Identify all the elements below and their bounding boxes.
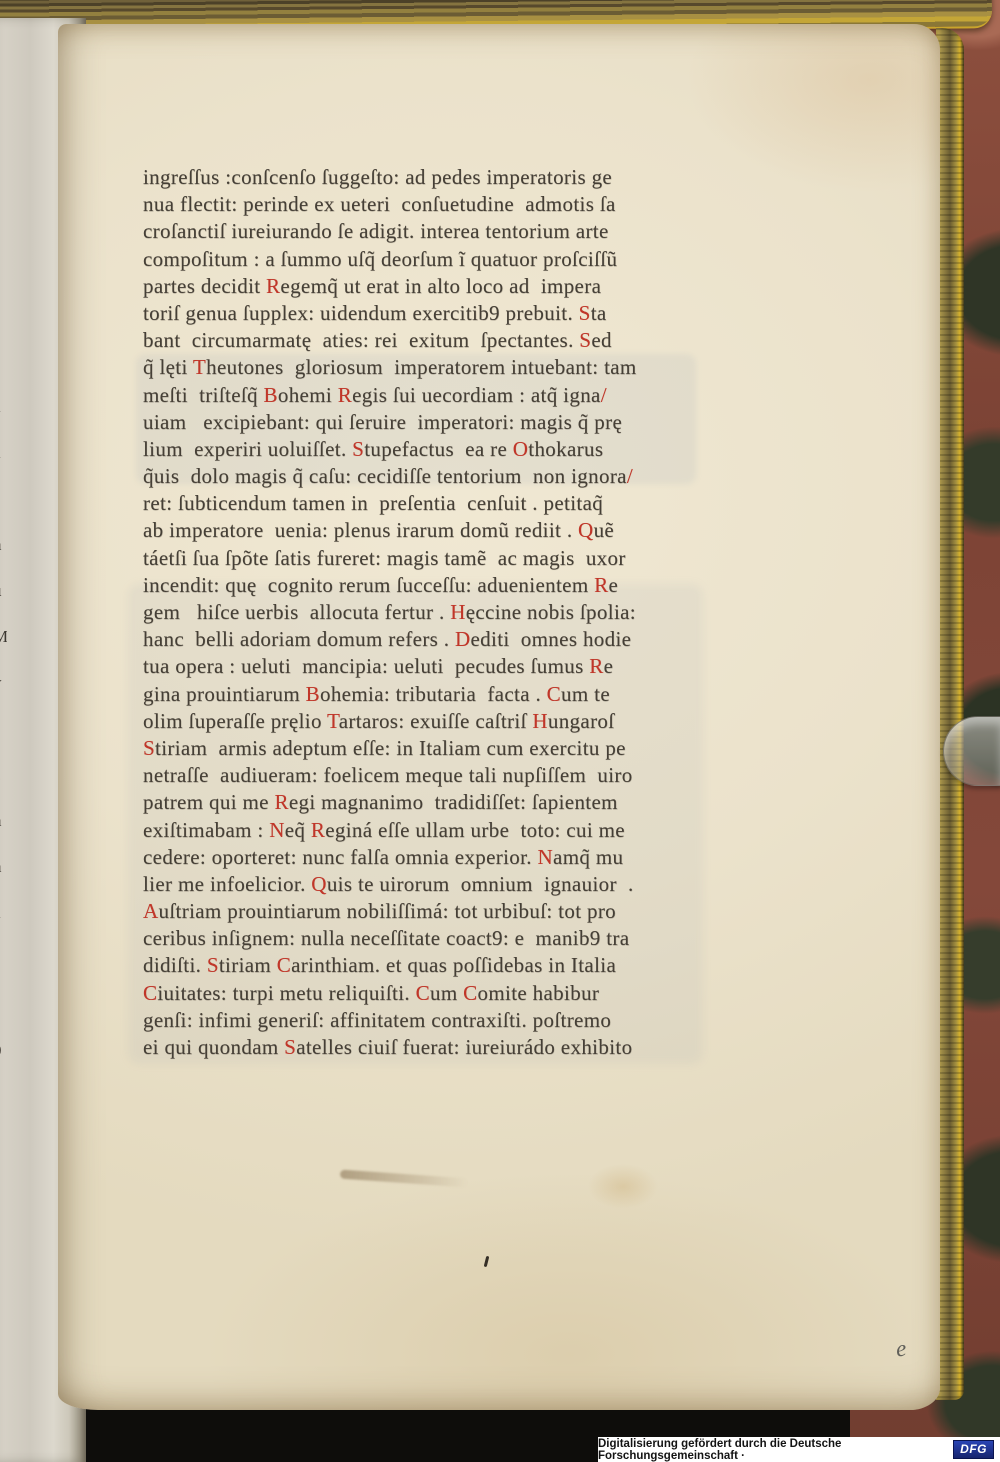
text-segment: ceribus inſignem: nulla neceſſitate coac… xyxy=(143,926,629,950)
text-line: lier me infoelicior. Quis te uirorum omn… xyxy=(143,871,715,898)
book-page: ingreſſus :conſcenſo ſuggeſto: ad pedes … xyxy=(58,24,940,1410)
text-line: cedere: oporteret: nunc falſa omnia expe… xyxy=(143,844,715,871)
text-segment: artaros: exuiſſe caſtriſ xyxy=(339,709,533,733)
text-segment: lier me infoelicior. xyxy=(143,872,311,896)
text-segment: gem hiſce uerbis allocuta fertur . xyxy=(143,600,450,624)
digitization-credit-bar: Digitalisierung gefördert durch die Deut… xyxy=(598,1437,1000,1462)
smudge-mark xyxy=(340,1170,468,1188)
text-segment: ab imperatore uenia: plenus irarum domũ … xyxy=(143,518,578,542)
rubricated-initial: C xyxy=(463,981,477,1005)
text-segment: ta xyxy=(591,301,607,325)
text-line: partes decidit Regemq̃ ut erat in alto l… xyxy=(143,273,715,300)
text-segment: iuitates: turpi metu reliquiſti. xyxy=(157,981,415,1005)
text-segment: ingreſſus :conſcenſo ſuggeſto: ad pedes … xyxy=(143,165,612,189)
text-segment: egis ſui uecordiam : atq̃ igna xyxy=(352,383,601,407)
text-segment: arinthiam. et quas poſſidebas in Italia xyxy=(291,953,616,977)
book-scan: ıe)aainuMyſcnna/e9 ingreſſus :conſcenſo … xyxy=(0,0,1000,1462)
text-segment: uẽ xyxy=(594,518,615,542)
text-segment: editi omnes hodie xyxy=(471,627,632,651)
letter-fragment: ſ xyxy=(0,706,7,752)
text-segment: nua flectit: perinde ex ueteri conſuetud… xyxy=(143,192,616,216)
text-segment: incendit: quę cognito rerum ſucceſſu: ad… xyxy=(143,573,594,597)
printed-text-block: ingreſſus :conſcenſo ſuggeſto: ad pedes … xyxy=(143,164,715,1061)
ink-speck xyxy=(484,1256,490,1267)
text-line: Ciuitates: turpi metu reliquiſti. Cum Co… xyxy=(143,980,715,1007)
rubricated-initial: R xyxy=(594,573,608,597)
text-segment: tiriam xyxy=(219,953,277,977)
text-line: olim ſuperaſſe pręlio Tartaros: exuiſſe … xyxy=(143,708,715,735)
text-segment: egi magnanimo tradidiſſet: ſapientem xyxy=(289,790,618,814)
letter-fragment: ı xyxy=(0,246,7,292)
letter-fragment: a xyxy=(0,384,7,430)
text-segment: hanc belli adoriam domum refers . xyxy=(143,627,455,651)
text-segment: q̃ lęti xyxy=(143,355,193,379)
text-segment: netraſſe audiueram: foelicem meque tali … xyxy=(143,763,633,787)
rubricated-initial: C xyxy=(277,953,291,977)
text-line: hanc belli adoriam domum refers . Dediti… xyxy=(143,626,715,653)
text-segment: e xyxy=(604,654,614,678)
text-line: ret: ſubticendum tamen in preſentia cenſ… xyxy=(143,490,715,517)
rubricated-initial: R xyxy=(266,274,280,298)
text-segment: ed xyxy=(591,328,612,352)
rubricated-initial: S xyxy=(207,953,219,977)
text-segment: olim ſuperaſſe pręlio xyxy=(143,709,327,733)
letter-fragment: i xyxy=(0,476,7,522)
rubricated-initial: O xyxy=(513,437,529,461)
text-segment: ret: ſubticendum tamen in preſentia cenſ… xyxy=(143,491,603,515)
text-line: gina prouintiarum Bohemia: tributaria fa… xyxy=(143,681,715,708)
rubricated-initial: B xyxy=(306,682,320,706)
rubricated-initial: Q xyxy=(311,872,327,896)
text-line: exiſtimabam : Neq̃ Reginá eſſe ullam urb… xyxy=(143,817,715,844)
text-line: nua flectit: perinde ex ueteri conſuetud… xyxy=(143,191,715,218)
text-line: tua opera : ueluti mancipia: ueluti pecu… xyxy=(143,653,715,680)
letter-fragment: ) xyxy=(0,338,7,384)
text-segment: compoſitum : a ſummo uſq̃ deorſum ĩ quat… xyxy=(143,247,617,271)
dfg-logo: DFG xyxy=(953,1440,994,1459)
rubricated-initial: N xyxy=(538,845,554,869)
text-line: Stiriam armis adeptum eſſe: in Italiam c… xyxy=(143,735,715,762)
text-line: lium experiri uoluiſſet. Stupefactus ea … xyxy=(143,436,715,463)
rubricated-initial: R xyxy=(338,383,352,407)
rubricated-initial: C xyxy=(416,981,430,1005)
rubricated-initial: / xyxy=(627,464,633,488)
letter-fragment: e xyxy=(0,982,7,1028)
text-segment: ungaroſ xyxy=(548,709,615,733)
paper-stain xyxy=(588,1164,658,1209)
text-line: q̃ lęti Theutones gloriosum imperatorem … xyxy=(143,354,715,381)
text-line: uiam excipiebant: qui ſeruire imperatori… xyxy=(143,409,715,436)
rubricated-initial: N xyxy=(269,818,285,842)
text-segment: um te xyxy=(561,682,610,706)
text-line: didiſti. Stiriam Carinthiam. et quas poſ… xyxy=(143,952,715,979)
text-line: toriſ genua ſupplex: uidendum exercitib9… xyxy=(143,300,715,327)
text-segment: ei qui quondam xyxy=(143,1035,284,1059)
rubricated-initial: R xyxy=(589,654,603,678)
text-segment: lium experiri uoluiſſet. xyxy=(143,437,352,461)
text-segment: ęccine nobis ſpolia: xyxy=(466,600,636,624)
rubricated-initial: B xyxy=(264,383,278,407)
text-line: bant circumarmatę aties: rei exitum ſpec… xyxy=(143,327,715,354)
text-segment: exiſtimabam : xyxy=(143,818,269,842)
text-segment: toriſ genua ſupplex: uidendum exercitib9… xyxy=(143,301,579,325)
text-line: ab imperatore uenia: plenus irarum domũ … xyxy=(143,517,715,544)
letter-fragment: c xyxy=(0,752,7,798)
letter-fragment: n xyxy=(0,844,7,890)
text-segment: uis te uirorum omnium ignauior . xyxy=(327,872,634,896)
text-segment: didiſti. xyxy=(143,953,207,977)
rubricated-initial: T xyxy=(193,355,206,379)
rubricated-initial: R xyxy=(311,818,325,842)
letter-fragment: M xyxy=(0,614,7,660)
rubricated-initial: H xyxy=(450,600,466,624)
text-line: q̃uis dolo magis q̃ caſu: cecidiſſe tent… xyxy=(143,463,715,490)
text-line: croſanctiſ iureiurando ſe adigit. intere… xyxy=(143,218,715,245)
rubricated-initial: S xyxy=(579,301,591,325)
text-line: meſti triſteſq̃ Bohemi Regis ſui uecordi… xyxy=(143,382,715,409)
text-segment: amq̃ mu xyxy=(553,845,623,869)
rubricated-initial: D xyxy=(455,627,471,651)
letter-fragment: a xyxy=(0,430,7,476)
letter-fragment: a xyxy=(0,890,7,936)
text-line: ingreſſus :conſcenſo ſuggeſto: ad pedes … xyxy=(143,164,715,191)
letter-fragment: 9 xyxy=(0,1028,7,1074)
text-segment: e xyxy=(608,573,618,597)
text-line: ceribus inſignem: nulla neceſſitate coac… xyxy=(143,925,715,952)
text-segment: eginá eſſe ullam urbe toto: cui me xyxy=(325,818,625,842)
rubricated-initial: S xyxy=(143,736,155,760)
text-segment: bant circumarmatę aties: rei exitum ſpec… xyxy=(143,328,579,352)
text-segment: partes decidit xyxy=(143,274,266,298)
letter-fragment: / xyxy=(0,936,7,982)
text-segment: eq̃ xyxy=(285,818,311,842)
text-segment: tiriam armis adeptum eſſe: in Italiam cu… xyxy=(155,736,626,760)
gilt-edge-right xyxy=(936,28,964,1400)
rubricated-initial: Q xyxy=(578,518,594,542)
text-segment: omite habibur xyxy=(477,981,599,1005)
text-line: genſi: infimi generiſ: affinitatem contr… xyxy=(143,1007,715,1034)
text-segment: meſti triſteſq̃ xyxy=(143,383,264,407)
rubricated-initial: C xyxy=(547,682,561,706)
text-segment: q̃uis dolo magis q̃ caſu: cecidiſſe tent… xyxy=(143,464,627,488)
text-line: Auſtriam prouintiarum nobiliſſimá: tot u… xyxy=(143,898,715,925)
letter-fragment: n xyxy=(0,522,7,568)
text-line: incendit: quę cognito rerum ſucceſſu: ad… xyxy=(143,572,715,599)
letter-fragment: n xyxy=(0,798,7,844)
rubricated-initial: C xyxy=(143,981,157,1005)
showthrough-text-fragments: ıe)aainuMyſcnna/e9 xyxy=(0,246,7,1246)
text-segment: ohemia: tributaria facta . xyxy=(320,682,547,706)
rubricated-initial: S xyxy=(284,1035,296,1059)
rubricated-initial: R xyxy=(274,790,288,814)
text-line: gem hiſce uerbis allocuta fertur . Hęcci… xyxy=(143,599,715,626)
text-segment: uiam excipiebant: qui ſeruire imperatori… xyxy=(143,410,622,434)
text-segment: croſanctiſ iureiurando ſe adigit. intere… xyxy=(143,219,609,243)
text-segment: patrem qui me xyxy=(143,790,274,814)
text-segment: tupefactus ea re xyxy=(364,437,513,461)
credit-text: Digitalisierung gefördert durch die Deut… xyxy=(598,1438,947,1462)
text-segment: tua opera : ueluti mancipia: ueluti pecu… xyxy=(143,654,589,678)
text-segment: um xyxy=(430,981,463,1005)
text-segment: cedere: oporteret: nunc falſa omnia expe… xyxy=(143,845,538,869)
rubricated-initial: A xyxy=(143,899,159,923)
text-line: patrem qui me Regi magnanimo tradidiſſet… xyxy=(143,789,715,816)
text-segment: atelles ciuiſ fuerat: iureiurádo exhibit… xyxy=(296,1035,632,1059)
text-segment: ohemi xyxy=(278,383,338,407)
text-segment: uſtriam prouintiarum nobiliſſimá: tot ur… xyxy=(159,899,617,923)
text-line: táetſi ſua ſpõte ſatis fureret: magis ta… xyxy=(143,545,715,572)
rubricated-initial: / xyxy=(601,383,607,407)
rubricated-initial: S xyxy=(352,437,364,461)
text-line: netraſſe audiueram: foelicem meque tali … xyxy=(143,762,715,789)
text-line: ei qui quondam Satelles ciuiſ fuerat: iu… xyxy=(143,1034,715,1061)
rubricated-initial: S xyxy=(579,328,591,352)
handwritten-mark: e xyxy=(895,1336,908,1363)
letter-fragment: e xyxy=(0,292,7,338)
text-segment: heutones gloriosum imperatorem intuebant… xyxy=(206,355,637,379)
text-line: compoſitum : a ſummo uſq̃ deorſum ĩ quat… xyxy=(143,246,715,273)
text-segment: gina prouintiarum xyxy=(143,682,306,706)
rubricated-initial: T xyxy=(327,709,339,733)
letter-fragment: u xyxy=(0,568,7,614)
rubricated-initial: H xyxy=(532,709,548,733)
text-segment: táetſi ſua ſpõte ſatis fureret: magis ta… xyxy=(143,546,626,570)
text-segment: genſi: infimi generiſ: affinitatem contr… xyxy=(143,1008,611,1032)
text-segment: egemq̃ ut erat in alto loco ad impera xyxy=(280,274,601,298)
text-segment: thokarus xyxy=(528,437,603,461)
letter-fragment: y xyxy=(0,660,7,706)
